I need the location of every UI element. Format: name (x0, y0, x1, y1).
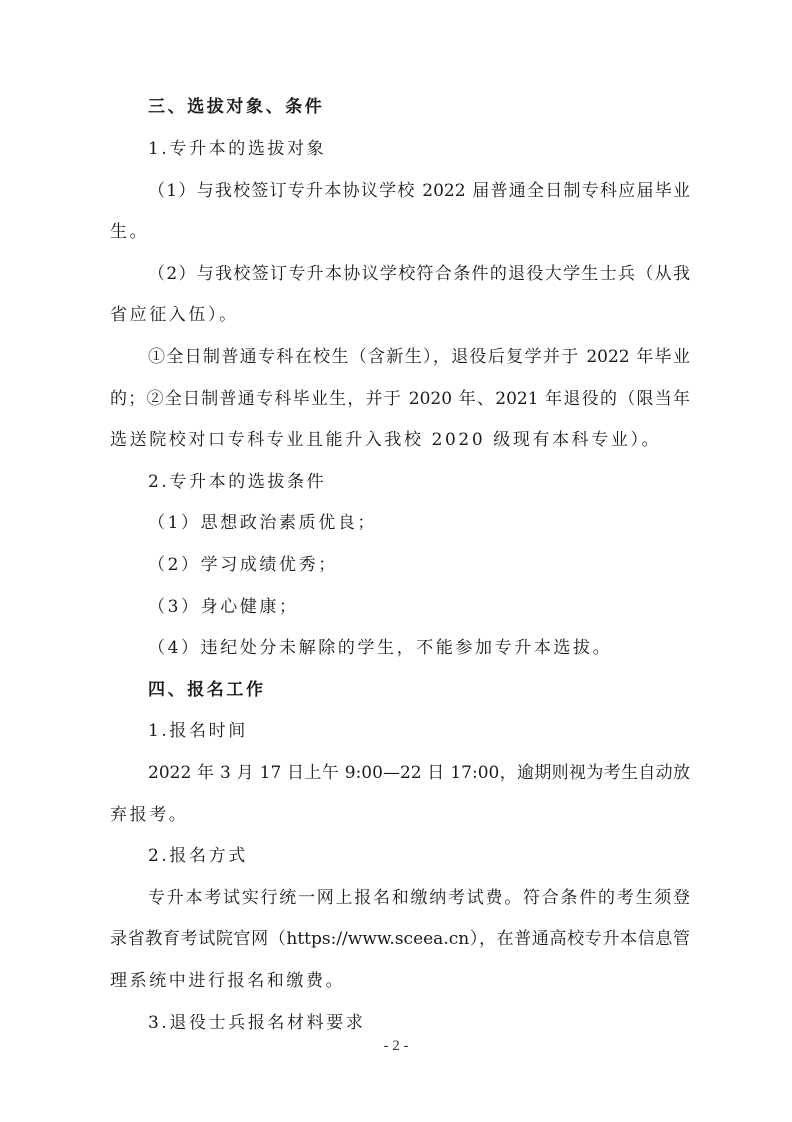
paragraph-line: （2）与我校签订专升本协议学校符合条件的退役大学生士兵（从我 (148, 263, 690, 285)
paragraph-line: 理系统中进行报名和缴费。 (110, 970, 690, 992)
paragraph-line: 生。 (110, 221, 690, 243)
paragraph-line: 弃报考。 (110, 804, 690, 826)
subheading-selection-conditions: 2.专升本的选拔条件 (148, 471, 690, 493)
subheading-registration-time: 1.报名时间 (148, 720, 690, 742)
list-item: （3）身心健康； (148, 596, 690, 618)
list-item: （2）学习成绩优秀； (148, 554, 690, 576)
paragraph-line: 的；②全日制普通专科毕业生，并于 2020 年、2021 年退役的（限当年 (110, 388, 690, 410)
paragraph-line: （1）与我校签订专升本协议学校 2022 届普通全日制专科应届毕业 (148, 180, 690, 202)
page-number: - 2 - (0, 1038, 792, 1055)
list-item: （4）违纪处分未解除的学生，不能参加专升本选拔。 (148, 637, 690, 659)
section-heading-selection-criteria: 三、选拔对象、条件 (148, 96, 690, 118)
paragraph-line-with-url: 录省教育考试院官网（https://www.sceea.cn），在普通高校专升本… (110, 928, 690, 950)
paragraph-line: 专升本考试实行统一网上报名和缴纳考试费。符合条件的考生须登 (148, 887, 690, 909)
subheading-veteran-materials: 3.退役士兵报名材料要求 (148, 1012, 690, 1034)
section-heading-registration: 四、报名工作 (148, 679, 690, 701)
subheading-registration-method: 2.报名方式 (148, 845, 690, 867)
paragraph-line: 选送院校对口专科专业且能升入我校 2020 级现有本科专业）。 (110, 429, 690, 451)
subheading-selection-targets: 1.专升本的选拔对象 (148, 138, 690, 160)
paragraph-line: 2022 年 3 月 17 日上午 9:00—22 日 17:00，逾期则视为考… (148, 762, 690, 784)
paragraph-line: ①全日制普通专科在校生（含新生），退役后复学并于 2022 年毕业 (148, 346, 690, 368)
paragraph-line: 省应征入伍）。 (110, 304, 690, 326)
list-item: （1）思想政治素质优良； (148, 512, 690, 534)
document-page: 三、选拔对象、条件 1.专升本的选拔对象 （1）与我校签订专升本协议学校 202… (0, 0, 792, 1122)
